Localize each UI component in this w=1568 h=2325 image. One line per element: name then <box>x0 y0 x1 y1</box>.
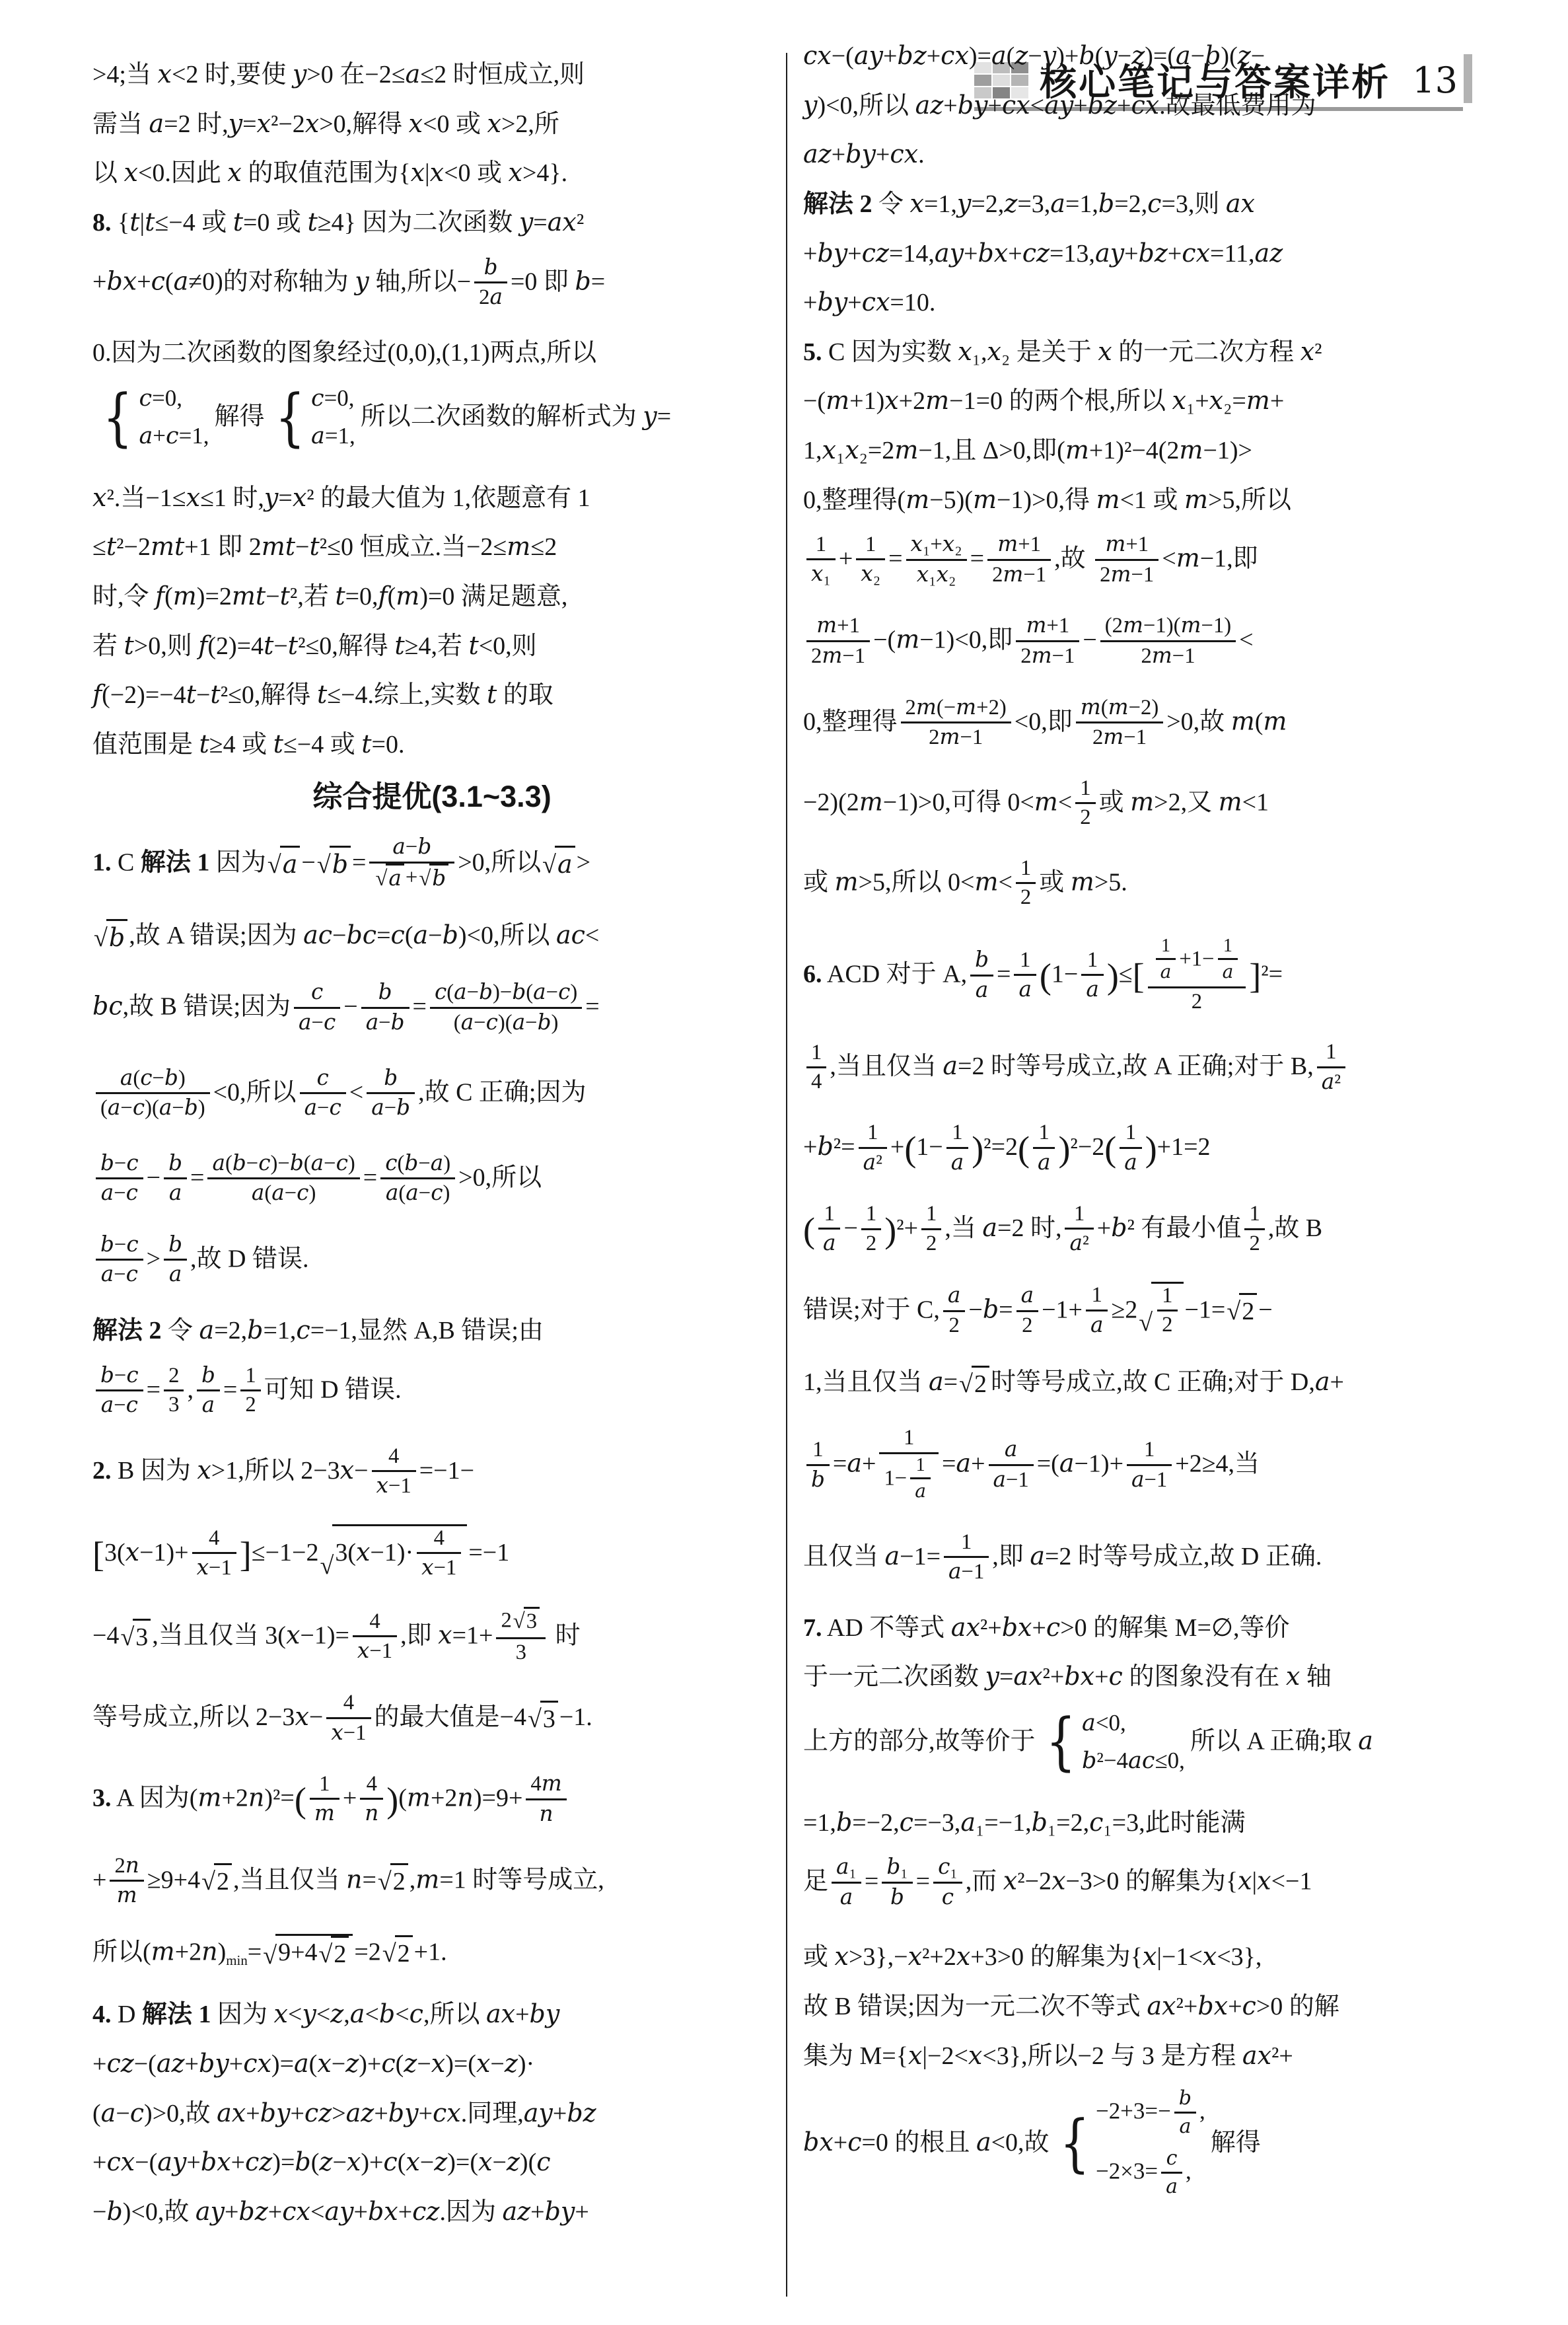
text-line: 值范围是 t≥4 或 t≤−4 或 t=0. <box>92 728 771 761</box>
big-delimiter: ( <box>1018 1129 1030 1169</box>
math-fraction: 1m <box>310 1771 339 1827</box>
big-delimiter: ( <box>295 1781 306 1820</box>
text-line: cx−(ay+bz+cx)=a(z−y)+b(y−z)=(a−b)(z− <box>803 40 1485 73</box>
math-fraction: a2 <box>943 1282 965 1338</box>
text-line: 解法 2 令 a=2,b=1,c=−1,显然 A,B 错误;由 <box>92 1314 771 1347</box>
math-radical: √9+4√2 <box>263 1934 353 1972</box>
math-fraction: 1a−1 <box>1127 1437 1172 1493</box>
math-fraction: aa−1 <box>989 1436 1034 1493</box>
big-delimiter: ( <box>803 1210 815 1250</box>
text-line: 5. C 因为实数 x₁,x₂ 是关于 x 的一元二次方程 x² <box>803 336 1485 369</box>
cases-row: c=0, <box>311 384 355 414</box>
math-radical: √b <box>419 864 448 892</box>
text-line: 集为 M={x|−2<x<3},所以−2 与 3 是方程 ax²+ <box>803 2040 1485 2073</box>
math-fraction: 11−1a <box>879 1425 939 1504</box>
text-line: a(c−b)(a−c)(a−b)<0,所以ca−c<ba−b,故 C 正确;因为 <box>92 1066 771 1123</box>
math-fraction: 4x−1 <box>353 1609 397 1664</box>
math-fraction: 1a <box>1033 1120 1055 1175</box>
text-line: √b,故 A 错误;因为 ac−bc=c(a−b)<0,所以 ac< <box>92 919 771 955</box>
text-line: 或 m>5,所以 0<m<12或 m>5. <box>803 857 1485 912</box>
cases-row: −2×3=ca, <box>1096 2147 1205 2199</box>
math-fraction: 1a <box>910 1454 931 1503</box>
big-delimiter: ] <box>240 1535 252 1574</box>
text-line: 于一元二次函数 y=ax²+bx+c 的图象没有在 x 轴 <box>803 1660 1485 1693</box>
scanned-answer-page: 核心笔记与答案详析 13 >4;当 x<2 时,要使 y>0 在−2≤a≤2 时… <box>0 0 1568 2325</box>
text-line: 0,整理得2m(−m+2)2m−1<0,即m(m−2)2m−1>0,故 m(m <box>803 696 1485 752</box>
math-fraction: c(b−a)a(a−c) <box>380 1150 455 1206</box>
big-delimiter: ) <box>972 1129 983 1169</box>
math-fraction: 1x₂ <box>856 532 885 587</box>
math-fraction: 1a <box>1086 1282 1108 1338</box>
math-radical: √3 <box>120 1619 151 1654</box>
math-fraction: 1a² <box>859 1120 887 1175</box>
math-fraction: ba <box>1174 2086 1196 2138</box>
text-line: +bx+c(a≠0)的对称轴为 y 轴,所以−b2a=0 即 b= <box>92 256 771 312</box>
math-fraction: 1a² <box>1317 1039 1345 1095</box>
math-fraction: 1a <box>1081 947 1103 1003</box>
math-radical: √3 <box>513 1607 540 1635</box>
text-line: 0,整理得(m−5)(m−1)>0,得 m<1 或 m>5,所以 <box>803 484 1485 517</box>
math-radical: √2 <box>378 1863 408 1898</box>
text-line: 上方的部分,故等价于{a<0,b²−4ac≤0,所以 A 正确;取 a <box>803 1710 1485 1777</box>
cases-row: a=1, <box>311 422 355 451</box>
math-fraction: ba <box>164 1232 187 1288</box>
math-fraction: 1a−1 <box>944 1530 989 1585</box>
math-fraction: 12 <box>1016 856 1036 910</box>
math-fraction: 12 <box>1244 1201 1264 1256</box>
math-radical: √2 <box>382 1935 413 1970</box>
math-fraction: 1a <box>1156 935 1176 984</box>
math-fraction: 12 <box>921 1201 941 1256</box>
big-delimiter: [ <box>92 1535 104 1574</box>
text-line: 等号成立,所以 2−3x−4x−1的最大值是−4√3−1. <box>92 1691 771 1747</box>
math-radical: √2 <box>319 1936 349 1971</box>
text-line: 1x₁+1x₂=x₁+x₂x₁x₂=m+12m−1,故 m+12m−1<m−1,… <box>803 533 1485 589</box>
text-line: −b)<0,故 ay+bz+cx<ay+bx+cz.因为 az+by+ <box>92 2196 771 2229</box>
math-fraction: m+12m−1 <box>1016 612 1079 669</box>
math-fraction: ba <box>970 947 993 1003</box>
math-fraction: b−ca−c <box>96 1362 143 1419</box>
big-delimiter: ) <box>386 1781 398 1820</box>
big-delimiter: ( <box>1040 957 1051 996</box>
math-fraction: ca−c <box>300 1065 346 1121</box>
math-fraction: 4x−1 <box>326 1690 371 1746</box>
text-line: y)<0,所以 az+by+cx<ay+bz+cx.故最低费用为 <box>803 89 1485 122</box>
math-fraction: ba−b <box>361 979 410 1035</box>
column-divider <box>786 53 787 2297</box>
text-line: +cz−(az+by+cx)=a(x−z)+c(z−x)=(x−z)· <box>92 2048 771 2081</box>
text-line: +by+cz=14,ay+bx+cz=13,ay+bz+cx=11,az <box>803 237 1485 270</box>
math-fraction: a(b−c)−b(a−c)a(a−c) <box>207 1150 359 1206</box>
math-radical: √3(x−1)·4x−1 <box>320 1524 467 1582</box>
text-line: 7. AD 不等式 ax²+bx+c>0 的解集 M=∅,等价 <box>803 1611 1485 1644</box>
text-line: −2)(2m−1)>0,可得 0<m<12或 m>2,又 m<1 <box>803 777 1485 832</box>
text-line: 若 t>0,则 f(2)=4t−t²≤0,解得 t≥4,若 t<0,则 <box>92 630 771 663</box>
text-line: 或 x>3},−x²+2x+3>0 的解集为{x|−1<x<3}, <box>803 1940 1485 1974</box>
math-fraction: ca−c <box>294 979 340 1035</box>
text-line: 1,当且仅当 a=√2时等号成立,故 C 正确;对于 D,a+ <box>803 1366 1485 1402</box>
cases-brace-icon: { <box>1046 1715 1075 1769</box>
big-delimiter: [ <box>1133 957 1145 996</box>
math-radical: √a <box>375 864 404 892</box>
bold-label: 3. <box>92 1785 112 1812</box>
cases-row: b²−4ac≤0, <box>1082 1746 1185 1776</box>
math-fraction: 1b <box>806 1437 830 1493</box>
math-fraction: a₁a <box>832 1854 861 1910</box>
text-line: 14,当且仅当 a=2 时等号成立,故 A 正确;对于 B,1a² <box>803 1041 1485 1096</box>
bold-label: 解法 2 <box>92 1317 162 1345</box>
cases-row: −2+3=−ba, <box>1096 2087 1205 2139</box>
math-fraction: ba <box>164 1150 187 1206</box>
bold-label: 7. <box>803 1614 822 1642</box>
math-fraction: m+12m−1 <box>806 612 870 669</box>
bold-label: 解法 2 <box>803 190 873 218</box>
math-fraction: 1a² <box>1065 1201 1093 1257</box>
bold-label: 6. <box>803 960 822 988</box>
bold-label: 1. <box>92 848 112 876</box>
math-fraction: m+12m−1 <box>987 531 1051 587</box>
text-line: b−ca−c>ba,故 D 错误. <box>92 1233 771 1289</box>
math-fraction: 12 <box>240 1363 260 1418</box>
math-fraction: 12 <box>1157 1283 1177 1338</box>
bold-label: 解法 1 <box>141 848 210 876</box>
math-fraction: a(c−b)(a−c)(a−b) <box>96 1065 210 1121</box>
bold-label: 5. <box>803 338 822 366</box>
cases-row: c=0, <box>139 384 209 414</box>
text-line: =1,b=−2,c=−3,a₁=−1,b₁=2,c₁=3,此时能满 <box>803 1806 1485 1839</box>
section-heading: 综合提优(3.1~3.3) <box>92 778 771 816</box>
math-cases: {c=0,a+c=1, <box>98 384 209 451</box>
math-radical: √b <box>94 919 127 955</box>
text-line: >4;当 x<2 时,要使 y>0 在−2≤a≤2 时恒成立,则 <box>92 58 771 91</box>
math-radical: √12 <box>1139 1282 1183 1339</box>
text-line: 足a₁a=b₁b=c₁c,而 x²−2x−3>0 的解集为{x|x<−1 <box>803 1855 1485 1911</box>
math-fraction: c₁c <box>933 1854 962 1910</box>
math-fraction: b₁b <box>882 1854 912 1910</box>
text-line: −(m+1)x+2m−1=0 的两个根,所以 x₁+x₂=m+ <box>803 385 1485 418</box>
text-line: 8. {t|t≤−4 或 t=0 或 t≥4} 因为二次函数 y=ax² <box>92 206 771 239</box>
text-line: 时,令 f(m)=2mt−t²,若 t=0,f(m)=0 满足题意, <box>92 580 771 613</box>
cases-row: a+c=1, <box>139 422 209 451</box>
text-line: +cx−(ay+bx+cz)=b(z−x)+c(x−z)=(x−z)(c <box>92 2146 771 2179</box>
math-fraction: 4mn <box>526 1771 566 1827</box>
text-line: {c=0,a+c=1,解得{c=0,a=1,所以二次函数的解析式为 y= <box>92 385 771 452</box>
text-line: 6. ACD 对于 A,ba=1a(1−1a)≤[1a+1−1a2]²= <box>803 937 1485 1015</box>
text-line: ≤t²−2mt+1 即 2mt−t²≤0 恒成立.当−2≤m≤2 <box>92 531 771 564</box>
math-radical: √3 <box>528 1701 558 1736</box>
math-fraction: a2 <box>1016 1282 1038 1338</box>
math-fraction: 1x₁ <box>806 532 836 587</box>
math-fraction: 14 <box>806 1040 826 1095</box>
text-line: b−ca−c−ba=a(b−c)−b(a−c)a(a−c)=c(b−a)a(a−… <box>92 1152 771 1208</box>
math-radical: √2 <box>1227 1293 1257 1328</box>
math-fraction: 12 <box>861 1201 881 1256</box>
text-line: 2. B 因为 x>1,所以 2−3x−4x−1=−1− <box>92 1445 771 1500</box>
math-fraction: 4n <box>360 1771 383 1827</box>
math-fraction: 4x−1 <box>372 1444 416 1499</box>
math-radical: √b <box>317 846 351 881</box>
big-delimiter: ) <box>1058 1129 1070 1169</box>
bold-label: 2. <box>92 1457 112 1485</box>
text-line: (a−c)>0,故 ax+by+cz>az+by+cx.同理,ay+bz <box>92 2097 771 2130</box>
math-cases: {a<0,b²−4ac≤0, <box>1041 1709 1185 1775</box>
text-line: 故 B 错误;因为一元二次不等式 ax²+bx+c>0 的解 <box>803 1990 1485 2023</box>
text-line: bx+c=0 的根且 a<0,故{−2+3=−ba,−2×3=ca,解得 <box>803 2088 1485 2201</box>
math-fraction: b−ca−c <box>96 1150 143 1206</box>
math-cases: {c=0,a=1, <box>270 384 355 451</box>
math-fraction: a−b√a+√b <box>369 834 454 893</box>
text-line: +2nm≥9+4√2,当且仅当 n=√2,m=1 时等号成立, <box>92 1854 771 1910</box>
math-fraction: 1a+1−1a2 <box>1148 936 1246 1014</box>
big-delimiter: ( <box>1104 1129 1116 1169</box>
math-fraction: 1a <box>946 1120 968 1175</box>
math-fraction: 23 <box>164 1363 184 1418</box>
math-fraction: ba−b <box>367 1065 415 1121</box>
math-fraction: 4x−1 <box>417 1526 461 1581</box>
bold-label: 4. <box>92 2001 112 2028</box>
text-line: 以 x<0.因此 x 的取值范围为{x|x<0 或 x>4}. <box>92 157 771 190</box>
math-fraction: 1a <box>1014 947 1036 1003</box>
big-delimiter: ] <box>1249 957 1261 996</box>
text-line: (1a−12)²+12,当 a=2 时,1a²+b² 有最小值12,故 B <box>803 1202 1485 1258</box>
math-fraction: 1a <box>818 1201 840 1257</box>
text-line: m+12m−1−(m−1)<0,即m+12m−1−(2m−1)(m−1)2m−1… <box>803 614 1485 670</box>
text-line: 0.因为二次函数的图象经过(0,0),(1,1)两点,所以 <box>92 337 771 369</box>
cases-brace-icon: { <box>103 391 133 445</box>
text-line: f(−2)=−4t−t²≤0,解得 t≤−4.综上,实数 t 的取 <box>92 679 771 712</box>
text-line: x².当−1≤x≤1 时,y=x² 的最大值为 1,依题意有 1 <box>92 482 771 515</box>
text-line: b−ca−c=23,ba=12可知 D 错误. <box>92 1364 771 1420</box>
text-line: az+by+cx. <box>803 138 1485 171</box>
math-fraction: 1a <box>1120 1120 1141 1175</box>
big-delimiter: ) <box>1145 1129 1157 1169</box>
big-delimiter: ) <box>1107 957 1119 996</box>
math-fraction: 1a <box>1218 935 1238 984</box>
text-line: 3. A 因为(m+2n)²=(1m+4n)(m+2n)=9+4mn <box>92 1772 771 1828</box>
math-fraction: x₁+x₂x₁x₂ <box>906 531 967 587</box>
math-radical: √2 <box>201 1863 232 1898</box>
text-line: 4. D 解法 1 因为 x<y<z,a<b<c,所以 ax+by <box>92 1998 771 2031</box>
math-fraction: 12 <box>1075 776 1095 830</box>
text-line: 错误;对于 C,a2−b=a2−1+1a≥2√12−1=√2− <box>803 1283 1485 1341</box>
text-line: 解法 2 令 x=1,y=2,z=3,a=1,b=2,c=3,则 ax <box>803 188 1485 221</box>
math-fraction: m(m−2)2m−1 <box>1076 694 1164 751</box>
math-radical: √a <box>267 846 301 881</box>
text-line: 1. C 解法 1 因为√a−√b=a−b√a+√b>0,所以√a> <box>92 835 771 894</box>
math-fraction: ba <box>197 1362 220 1419</box>
math-fraction: 4x−1 <box>192 1526 236 1581</box>
cases-brace-icon: { <box>1059 2117 1089 2170</box>
math-fraction: b−ca−c <box>96 1232 143 1288</box>
bold-label: 8. <box>92 209 112 237</box>
math-cases: {−2+3=−ba,−2×3=ca, <box>1055 2087 1205 2199</box>
text-line: bc,故 B 错误;因为ca−c−ba−b=c(a−b)−b(a−c)(a−c)… <box>92 980 771 1037</box>
math-radical: √2 <box>959 1366 989 1401</box>
text-line: 1b=a+11−1a=a+aa−1=(a−1)+1a−1+2≥4,当 <box>803 1426 1485 1505</box>
text-line: +b²=1a²+(1−1a)²=2(1a)²−2(1a)+1=2 <box>803 1121 1485 1177</box>
text-line: [3(x−1)+4x−1]≤−1−2√3(x−1)·4x−1=−1 <box>92 1526 771 1584</box>
text-line: 所以(m+2n)min=√9+4√2=2√2+1. <box>92 1935 771 1974</box>
cases-row: a<0, <box>1082 1709 1185 1738</box>
math-radical: √a <box>542 846 575 881</box>
math-fraction: b2a <box>474 254 507 311</box>
text-line: 且仅当 a−1=1a−1,即 a=2 时等号成立,故 D 正确. <box>803 1531 1485 1586</box>
bold-label: 解法 1 <box>142 2001 211 2028</box>
math-fraction: c(a−b)−b(a−c)(a−c)(a−b) <box>430 979 582 1035</box>
math-fraction: m+12m−1 <box>1095 531 1158 587</box>
subscript: min <box>226 1952 248 1968</box>
math-fraction: 2nm <box>110 1853 143 1909</box>
text-line: −4√3,当且仅当 3(x−1)=4x−1,即 x=1+2√33 时 <box>92 1609 771 1666</box>
text-line: +by+cx=10. <box>803 286 1485 319</box>
left-column: >4;当 x<2 时,要使 y>0 在−2≤a≤2 时恒成立,则需当 a=2 时… <box>92 58 771 2244</box>
right-column: cx−(ay+bz+cx)=a(z−y)+b(y−z)=(a−b)(z−y)<0… <box>803 40 1485 2230</box>
cases-brace-icon: { <box>275 391 304 445</box>
big-delimiter: ( <box>904 1129 916 1169</box>
math-fraction: 2m(−m+2)2m−1 <box>901 694 1011 751</box>
text-line: 需当 a=2 时,y=x²−2x>0,解得 x<0 或 x>2,所 <box>92 108 771 141</box>
text-line: 1,x₁x₂=2m−1,且 Δ>0,即(m+1)²−4(2m−1)> <box>803 434 1485 467</box>
math-fraction: (2m−1)(m−1)2m−1 <box>1100 612 1236 669</box>
math-fraction: 2√33 <box>496 1607 546 1665</box>
math-fraction: ca <box>1161 2146 1182 2198</box>
big-delimiter: ) <box>884 1210 896 1250</box>
